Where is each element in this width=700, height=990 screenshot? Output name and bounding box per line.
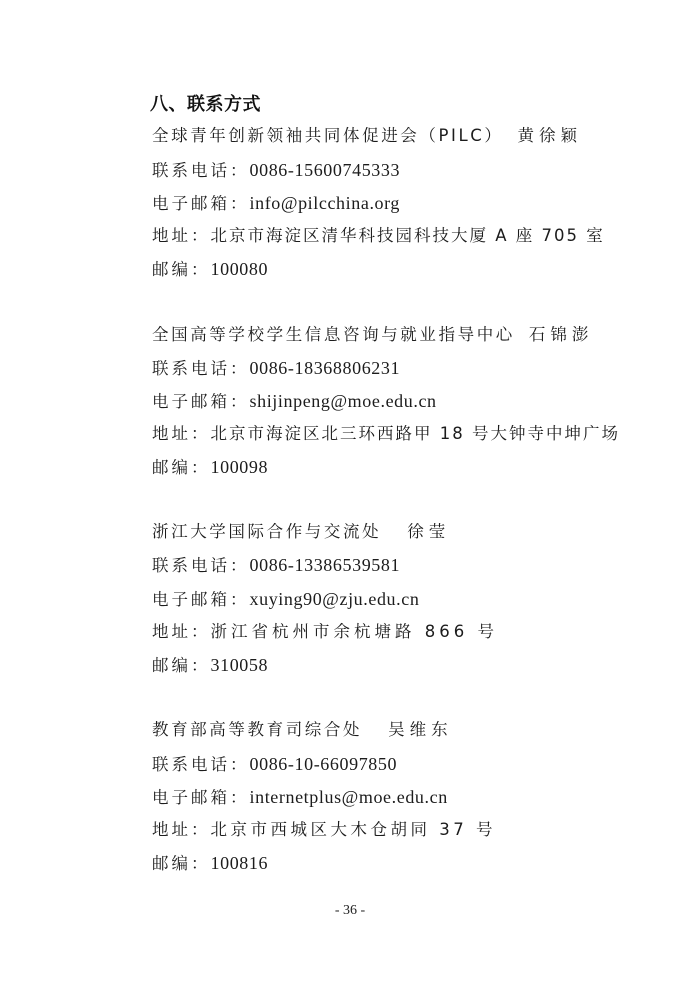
contact-organization-line: 全球青年创新领袖共同体促进会（PILC）黄徐颖	[152, 124, 582, 148]
contact-organization-line: 全国高等学校学生信息咨询与就业指导中心石锦澎	[152, 323, 593, 347]
phone-label: 联系电话：	[152, 161, 250, 180]
email-line: 电子邮箱：internetplus@moe.edu.cn	[152, 785, 448, 810]
address-value: 北京市海淀区清华科技园科技大厦 A 座 705 室	[211, 226, 605, 245]
address-line: 地址：北京市海淀区北三环西路甲 18 号大钟寺中坤广场	[152, 422, 620, 446]
postcode-label: 邮编：	[152, 656, 211, 675]
page-number: - 36 -	[0, 903, 700, 919]
email-label: 电子邮箱：	[152, 392, 250, 411]
organization-name: 全球青年创新领袖共同体促进会（PILC）	[152, 126, 504, 145]
email-label: 电子邮箱：	[152, 788, 250, 807]
contact-organization-line: 浙江大学国际合作与交流处徐莹	[152, 520, 450, 544]
email-label: 电子邮箱：	[152, 590, 250, 609]
organization-name: 全国高等学校学生信息咨询与就业指导中心	[152, 325, 515, 344]
email-line: 电子邮箱：info@pilcchina.org	[152, 191, 400, 216]
address-label: 地址：	[152, 820, 211, 839]
postcode-line: 邮编：100098	[152, 455, 268, 480]
phone-line: 联系电话：0086-10-66097850	[152, 752, 397, 777]
postcode-value: 100816	[211, 853, 269, 873]
phone-value: 0086-10-66097850	[250, 754, 398, 774]
contact-person: 徐莹	[407, 522, 450, 541]
contact-organization-line: 教育部高等教育司综合处吴维东	[152, 718, 453, 742]
postcode-line: 邮编：310058	[152, 653, 268, 678]
address-label: 地址：	[152, 424, 211, 443]
postcode-line: 邮编：100816	[152, 851, 268, 876]
phone-label: 联系电话：	[152, 359, 250, 378]
address-line: 地址：北京市海淀区清华科技园科技大厦 A 座 705 室	[152, 224, 605, 248]
phone-line: 联系电话：0086-15600745333	[152, 158, 400, 183]
phone-value: 0086-18368806231	[250, 358, 401, 378]
postcode-label: 邮编：	[152, 458, 211, 477]
contact-person: 石锦澎	[529, 325, 594, 344]
postcode-value: 100080	[211, 259, 269, 279]
email-line: 电子邮箱：shijinpeng@moe.edu.cn	[152, 389, 437, 414]
contact-person: 吴维东	[388, 720, 453, 739]
email-value: internetplus@moe.edu.cn	[250, 787, 448, 807]
document-page: 八、联系方式 全球青年创新领袖共同体促进会（PILC）黄徐颖 联系电话：0086…	[0, 0, 700, 990]
section-title: 八、联系方式	[150, 92, 261, 118]
address-label: 地址：	[152, 622, 211, 641]
address-line: 地址：浙江省杭州市余杭塘路 866 号	[152, 620, 498, 644]
address-label: 地址：	[152, 226, 211, 245]
email-line: 电子邮箱：xuying90@zju.edu.cn	[152, 587, 419, 612]
postcode-value: 100098	[211, 457, 269, 477]
email-value: xuying90@zju.edu.cn	[250, 589, 420, 609]
address-value: 北京市海淀区北三环西路甲 18 号大钟寺中坤广场	[211, 424, 621, 443]
postcode-label: 邮编：	[152, 854, 211, 873]
address-value: 北京市西城区大木仓胡同 37 号	[211, 820, 497, 839]
postcode-value: 310058	[211, 655, 269, 675]
phone-label: 联系电话：	[152, 556, 250, 575]
contact-person: 黄徐颖	[518, 126, 583, 145]
email-value: info@pilcchina.org	[250, 193, 401, 213]
address-line: 地址：北京市西城区大木仓胡同 37 号	[152, 818, 496, 842]
postcode-label: 邮编：	[152, 260, 211, 279]
organization-name: 浙江大学国际合作与交流处	[152, 522, 381, 541]
phone-line: 联系电话：0086-13386539581	[152, 553, 400, 578]
phone-value: 0086-13386539581	[250, 555, 401, 575]
phone-value: 0086-15600745333	[250, 160, 401, 180]
phone-label: 联系电话：	[152, 755, 250, 774]
email-value: shijinpeng@moe.edu.cn	[250, 391, 437, 411]
email-label: 电子邮箱：	[152, 194, 250, 213]
organization-name: 教育部高等教育司综合处	[152, 720, 362, 739]
phone-line: 联系电话：0086-18368806231	[152, 356, 400, 381]
postcode-line: 邮编：100080	[152, 257, 268, 282]
address-value: 浙江省杭州市余杭塘路 866 号	[211, 622, 498, 641]
